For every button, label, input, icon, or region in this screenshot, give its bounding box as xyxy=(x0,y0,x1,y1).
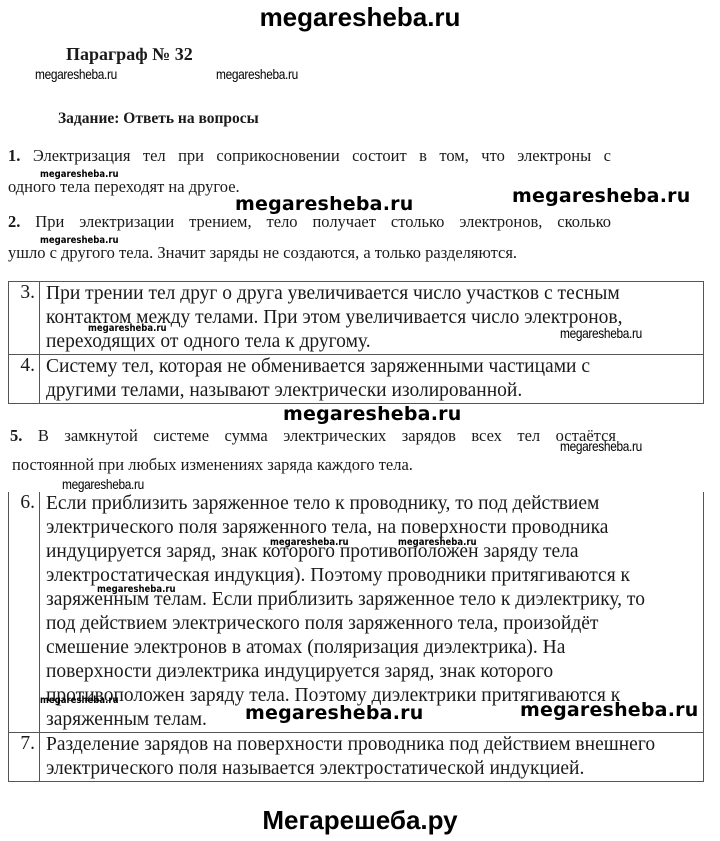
watermark: megaresheba.ru xyxy=(520,699,698,721)
answer-text: В замкнутой системе сумма электрических … xyxy=(38,426,616,445)
answer-number: 7. xyxy=(9,733,40,782)
answer-text: Систему тел, которая не обменивается зар… xyxy=(46,355,703,379)
answer-3-text: При трении тел друг о друга увеличиваетс… xyxy=(40,282,704,355)
watermark: megaresheba.ru xyxy=(97,584,176,595)
answer-text: ушло с другого тела. Значит заряды не со… xyxy=(8,243,517,263)
answer-text: Разделение зарядов на поверхности провод… xyxy=(46,733,703,757)
watermark: megaresheba.ru xyxy=(216,66,298,82)
table-row: 4. Систему тел, которая не обменивается … xyxy=(9,355,704,404)
answer-text: постоянной при любых изменениях заряда к… xyxy=(12,455,413,475)
watermark: megaresheba.ru xyxy=(398,537,477,548)
answer-6-text: Если приблизить заряженное тело к провод… xyxy=(40,492,704,733)
table-row: 3. При трении тел друг о друга увеличива… xyxy=(9,282,704,355)
answer-2: 2. При электризации трением, тело получа… xyxy=(8,212,611,232)
answer-4-text: Систему тел, которая не обменивается зар… xyxy=(40,355,704,404)
watermark: megaresheba.ru xyxy=(512,185,690,207)
answers-table-3-4: 3. При трении тел друг о друга увеличива… xyxy=(8,281,704,404)
answer-5: 5. В замкнутой системе сумма электрическ… xyxy=(10,426,616,446)
watermark: megaresheba.ru xyxy=(283,403,461,425)
watermark: megaresheba.ru xyxy=(270,537,349,548)
watermark: megaresheba.ru xyxy=(560,325,642,341)
watermark: megaresheba.ru xyxy=(40,695,119,706)
answer-text: другими телами, называют электрически из… xyxy=(46,379,703,403)
task-title: Задание: Ответь на вопросы xyxy=(58,110,259,128)
watermark: megaresheba.ru xyxy=(560,438,642,454)
answer-text: Электризация тел при соприкосновении сос… xyxy=(33,146,611,165)
answer-text: под действием электрического поля заряже… xyxy=(46,612,703,636)
answer-text: Если приблизить заряженное тело к провод… xyxy=(46,492,703,516)
answer-number: 3. xyxy=(9,282,40,355)
answer-text: поверхности диэлектрика индуцируется зар… xyxy=(46,660,703,684)
footer-site-title: Мегарешеба.ру xyxy=(0,805,720,836)
watermark: megaresheba.ru xyxy=(245,702,423,724)
answer-text: При трении тел друг о друга увеличиваетс… xyxy=(46,282,703,306)
answer-1: 1. Электризация тел при соприкосновении … xyxy=(8,146,611,166)
answer-text: смешение электронов в атомах (поляризаци… xyxy=(46,636,703,660)
watermark: megaresheba.ru xyxy=(35,66,117,82)
answer-text: индуцируется заряд, знак которого против… xyxy=(46,540,703,564)
answer-7-text: Разделение зарядов на поверхности провод… xyxy=(40,733,704,782)
answer-number: 4. xyxy=(9,355,40,404)
watermark: megaresheba.ru xyxy=(88,323,167,334)
answer-number: 1. xyxy=(8,146,20,165)
answer-text: электрического поля заряженного тела, на… xyxy=(46,516,703,540)
site-title: megaresheba.ru xyxy=(0,2,720,33)
watermark: megaresheba.ru xyxy=(62,476,144,492)
paragraph-title: Параграф № 32 xyxy=(66,44,193,65)
answers-table-6-7: 6. Если приблизить заряженное тело к про… xyxy=(8,492,704,782)
answer-number: 5. xyxy=(10,426,22,445)
table-row: 7. Разделение зарядов на поверхности про… xyxy=(9,733,704,782)
answer-text: электрического поля называется электрост… xyxy=(46,757,703,781)
answer-number: 2. xyxy=(8,212,20,231)
answer-text: одного тела переходят на другое. xyxy=(8,177,240,197)
answer-text: При электризации трением, тело получает … xyxy=(35,212,611,231)
answer-number: 6. xyxy=(9,492,40,733)
